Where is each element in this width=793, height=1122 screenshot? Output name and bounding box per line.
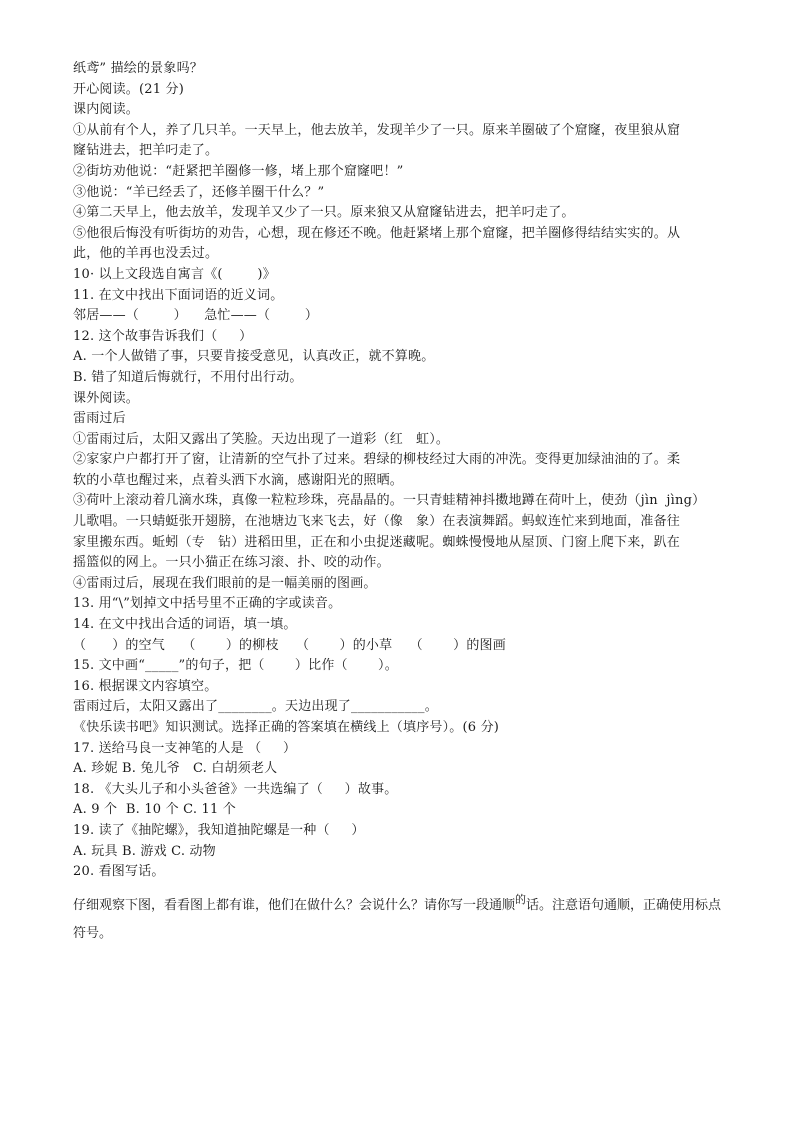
passage2-paragraph-3-cont1: 儿歌唱。一只蜻蜓张开翅膀，在池塘边飞来飞去，好（像 象）在表演舞蹈。蚂蚁连忙来到…: [73, 512, 723, 533]
subsection-in-class-reading: 课内阅读。: [73, 100, 723, 121]
passage2-paragraph-2: ②家家户户都打开了窗，让清新的空气扑了过来。碧绿的柳枝经过大雨的冲洗。变得更加绿…: [73, 450, 723, 471]
passage2-paragraph-3: ③荷叶上滚动着几滴水珠，真像一粒粒珍珠，亮晶晶的。一只青蛙精神抖擞地蹲在荷叶上，…: [73, 491, 723, 512]
instructions-text-start: 仔细观察下图，看看图上都有谁，他们在做什么？会说什么？请你写一段通顺: [73, 898, 515, 913]
passage-paragraph-1: ①从前有个人，养了几只羊。一天早上，他去放羊，发现羊少了一只。原来羊圈破了个窟窿…: [73, 121, 723, 142]
question-13: 13. 用“\”划掉文中括号里不正确的字或读音。: [73, 594, 723, 615]
instructions-raised-char: 的: [515, 893, 526, 906]
passage-title: 雷雨过后: [73, 409, 723, 430]
passage-paragraph-1-cont: 窿钻进去，把羊叼走了。: [73, 141, 723, 162]
passage-paragraph-5: ⑤他很后悔没有听街坊的劝告，心想，现在修还不晚。他赶紧堵上那个窟窿，把羊圈修得结…: [73, 224, 723, 245]
passage2-paragraph-3-cont2: 家里搬东西。蚯蚓（专 钻）进稻田里，正在和小虫捉迷藏呢。蜘蛛慢慢地从屋顶、门窗上…: [73, 533, 723, 554]
passage2-paragraph-4: ④雷雨过后，展现在我们眼前的是一幅美丽的图画。: [73, 574, 723, 595]
continued-question-text: 纸鸢” 描绘的景象吗？: [73, 59, 723, 80]
question-14-blanks: （ ）的空气 （ ）的柳枝 （ ）的小草 （ ）的图画: [73, 636, 723, 657]
exam-page: 纸鸢” 描绘的景象吗？ 开心阅读。(21 分) 课内阅读。 ①从前有个人，养了几…: [73, 59, 723, 948]
subsection-extra-reading: 课外阅读。: [73, 389, 723, 410]
question-12-option-a: A. 一个人做错了事，只要肯接受意见，认真改正，就不算晚。: [73, 347, 723, 368]
question-10: 10· 以上文段选自寓言《( )》: [73, 265, 723, 286]
passage-paragraph-2: ②街坊劝他说：“赶紧把羊圈修一修，堵上那个窟窿吧！”: [73, 162, 723, 183]
question-12: 12. 这个故事告诉我们（ ）: [73, 327, 723, 348]
question-18-options: A. 9 个 B. 10 个 C. 11 个: [73, 800, 723, 821]
passage2-paragraph-3-cont3: 摇篮似的网上。一只小猫正在练习滚、扑、咬的动作。: [73, 553, 723, 574]
question-14: 14. 在文中找出合适的词语，填一填。: [73, 615, 723, 636]
passage-paragraph-4: ④第二天早上，他去放羊，发现羊又少了一只。原来狼又从窟窿钻进去，把羊叼走了。: [73, 203, 723, 224]
passage2-paragraph-1: ①雷雨过后，太阳又露出了笑脸。天边出现了一道彩（红 虹）。: [73, 430, 723, 451]
question-16-blanks: 雷雨过后，太阳又露出了________。天边出现了___________。: [73, 697, 723, 718]
question-20: 20. 看图写话。: [73, 862, 723, 883]
question-17-options: A. 珍妮 B. 兔儿爷 C. 白胡须老人: [73, 759, 723, 780]
passage-paragraph-3: ③他说：“羊已经丢了，还修羊圈干什么？”: [73, 183, 723, 204]
passage-paragraph-5-cont: 此，他的羊再也没丢过。: [73, 244, 723, 265]
section-heading-reading: 开心阅读。(21 分): [73, 80, 723, 101]
section-heading-reading-club: 《快乐读书吧》知识测试。选择正确的答案填在横线上（填序号）。(6 分): [73, 718, 723, 739]
question-17: 17. 送给马良一支神笔的人是 （ ）: [73, 739, 723, 760]
question-19-options: A. 玩具 B. 游戏 C. 动物: [73, 842, 723, 863]
question-19: 19. 读了《抽陀螺》，我知道抽陀螺是一种（ ）: [73, 821, 723, 842]
question-18: 18. 《大头儿子和小头爸爸》一共选编了（ ）故事。: [73, 780, 723, 801]
passage2-paragraph-2-cont: 软的小草也醒过来，点着头洒下水滴，感谢阳光的照晒。: [73, 471, 723, 492]
question-12-option-b: B. 错了知道后悔就行，不用付出行动。: [73, 368, 723, 389]
question-20-instructions: 仔细观察下图，看看图上都有谁，他们在做什么？会说什么？请你写一段通顺的话。注意语…: [73, 892, 723, 948]
question-15: 15. 文中画“_____”的句子，把（ ）比作（ ）。: [73, 656, 723, 677]
question-11: 11. 在文中找出下面词语的近义词。: [73, 286, 723, 307]
question-11-blanks: 邻居——（ ） 急忙——（ ）: [73, 306, 723, 327]
question-16: 16. 根据课文内容填空。: [73, 677, 723, 698]
